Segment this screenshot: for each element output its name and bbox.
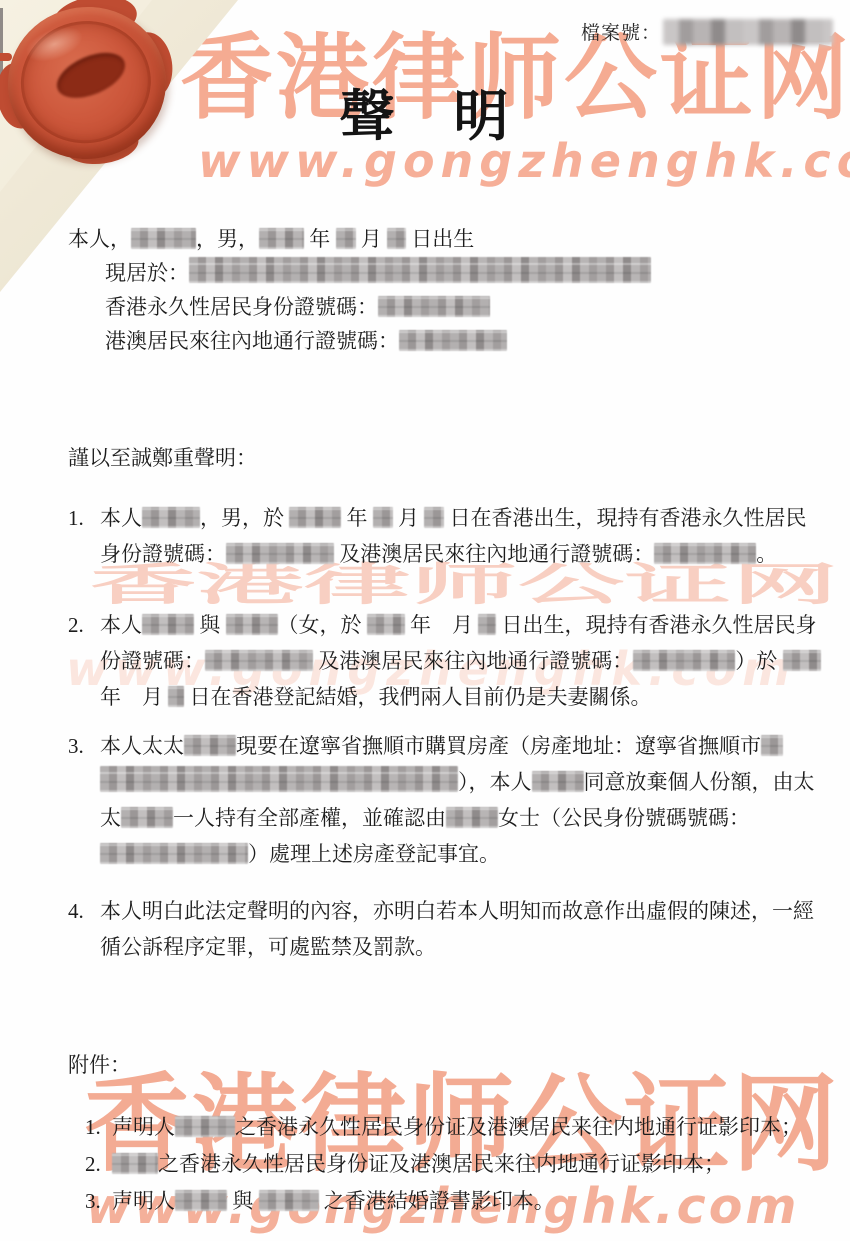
list-item: 3.声明人 與 之香港結婚證書影印本。 — [85, 1184, 826, 1218]
item-content: 本人，男，於 年 月 日在香港出生，現持有香港永久性居民身份證號碼： 及港澳居民… — [100, 500, 826, 572]
notary-declaration-page: 香港律师公证网 www.gongzhenghk.com 香港律师公证网 www.… — [0, 0, 850, 1241]
document-body: 本人，，男， 年 月 日出生現居於：香港永久性居民身份證號碼：港澳居民來往內地通… — [68, 222, 826, 1221]
text-run: 本人太太 — [100, 734, 184, 758]
redacted-text — [131, 228, 196, 249]
item-content: 本人太太現要在遼寧省撫順市購買房產（房產地址：遼寧省撫順市），本人同意放棄個人份… — [100, 728, 826, 872]
text-run: 声明人 — [112, 1115, 175, 1139]
redacted-text — [424, 507, 444, 528]
text-run: 及港澳居民來往內地通行證號碼： — [334, 542, 654, 566]
file-number-row: 檔案號： — [581, 18, 833, 45]
text-run: ，男， — [196, 227, 259, 251]
opening-line: 現居於： — [68, 256, 826, 290]
item-content: 声明人 與 之香港結婚證書影印本。 — [112, 1184, 826, 1218]
text-run: 港澳居民來往內地通行證號碼： — [105, 329, 399, 353]
list-item: 1.声明人之香港永久性居民身份证及港澳居民来往内地通行证影印本； — [85, 1110, 826, 1144]
text-run: 與 — [227, 1189, 259, 1213]
item-content: 本人明白此法定聲明的內容，亦明白若本人明知而故意作出虛假的陳述，一經循公訴程序定… — [100, 893, 826, 965]
text-run: 之香港永久性居民身份证及港澳居民来往内地通行证影印本； — [235, 1115, 802, 1139]
redacted-text — [100, 766, 458, 792]
redacted-text — [783, 650, 821, 671]
text-run: 声明人 — [112, 1189, 175, 1213]
opening-line: 香港永久性居民身份證號碼： — [68, 290, 826, 324]
item-number: 3. — [68, 728, 100, 872]
item-content: 本人 與 （女，於 年 月 日出生，現持有香港永久性居民身份證號碼： 及港澳居民… — [100, 607, 826, 715]
opening-line: 港澳居民來往內地通行證號碼： — [68, 324, 826, 358]
text-run: 年 — [304, 227, 336, 251]
item-number: 1. — [68, 500, 100, 572]
list-item: 2.之香港永久性居民身份证及港澳居民来往内地通行证影印本； — [85, 1147, 826, 1181]
redacted-text — [761, 735, 783, 756]
item-number: 2. — [85, 1147, 112, 1181]
file-number-redacted — [663, 19, 833, 45]
text-run: 本人， — [68, 227, 131, 251]
redacted-text — [226, 614, 278, 635]
list-item: 1.本人，男，於 年 月 日在香港出生，現持有香港永久性居民身份證號碼： 及港澳… — [68, 500, 826, 572]
redacted-text — [142, 507, 200, 528]
item-content: 声明人之香港永久性居民身份证及港澳居民来往内地通行证影印本； — [112, 1110, 826, 1144]
redacted-text — [142, 614, 194, 635]
redacted-text — [373, 507, 393, 528]
text-run: 月 — [393, 506, 425, 530]
text-run: 本人 — [100, 506, 142, 530]
item-number: 2. — [68, 607, 100, 715]
text-run: 日在香港登記結婚，我們兩人目前仍是夫妻關係。 — [184, 685, 651, 709]
text-run: 一人持有全部產權，並確認由 — [173, 806, 446, 830]
redacted-text — [259, 1190, 319, 1211]
list-item: 2.本人 與 （女，於 年 月 日出生，現持有香港永久性居民身份證號碼： 及港澳… — [68, 607, 826, 715]
file-number-label: 檔案號： — [581, 18, 661, 45]
attachments-list: 1.声明人之香港永久性居民身份证及港澳居民来往内地通行证影印本；2.之香港永久性… — [68, 1110, 826, 1218]
text-run: 年 月 — [405, 613, 479, 637]
text-run: 現居於： — [105, 261, 189, 285]
text-run: 之香港永久性居民身份证及港澳居民来往内地通行证影印本； — [158, 1152, 725, 1176]
text-run: 與 — [194, 613, 226, 637]
pledge-line: 謹以至誠鄭重聲明： — [68, 441, 826, 475]
attachments-label: 附件： — [68, 1048, 826, 1082]
text-run: 本人 — [100, 613, 142, 637]
opening-block: 本人，，男， 年 月 日出生現居於：香港永久性居民身份證號碼：港澳居民來往內地通… — [68, 222, 826, 358]
item-content: 之香港永久性居民身份证及港澳居民来往内地通行证影印本； — [112, 1147, 826, 1181]
text-run: ），本人 — [458, 770, 532, 794]
opening-line: 本人，，男， 年 月 日出生 — [68, 222, 826, 256]
text-run: 日出生 — [406, 227, 474, 251]
redacted-text — [121, 807, 173, 828]
redacted-text — [175, 1116, 235, 1137]
text-run: 香港永久性居民身份證號碼： — [105, 295, 378, 319]
text-run: 年 月 — [100, 685, 168, 709]
text-run: 女士（公民身份號碼號碼： — [498, 806, 750, 830]
redacted-text — [184, 735, 236, 756]
item-number: 1. — [85, 1110, 112, 1144]
redacted-text — [387, 228, 406, 249]
redacted-text — [189, 257, 651, 283]
list-item: 4.本人明白此法定聲明的內容，亦明白若本人明知而故意作出虛假的陳述，一經循公訴程… — [68, 893, 826, 965]
text-run: ，男，於 — [200, 506, 289, 530]
text-run: ）於 — [735, 649, 782, 673]
redacted-text — [112, 1153, 158, 1174]
redacted-text — [336, 228, 356, 249]
redacted-text — [289, 507, 341, 528]
redacted-text — [399, 330, 507, 351]
text-run: 月 — [356, 227, 388, 251]
redacted-text — [259, 228, 304, 249]
text-run: 及港澳居民來往內地通行證號碼： — [313, 649, 633, 673]
redacted-text — [378, 296, 490, 317]
item-number: 4. — [68, 893, 100, 965]
text-run: （女，於 — [278, 613, 367, 637]
declarations-list: 1.本人，男，於 年 月 日在香港出生，現持有香港永久性居民身份證號碼： 及港澳… — [68, 500, 826, 965]
redacted-text — [205, 650, 313, 671]
item-number: 3. — [85, 1184, 112, 1218]
list-item: 3.本人太太現要在遼寧省撫順市購買房產（房產地址：遼寧省撫順市），本人同意放棄個… — [68, 728, 826, 872]
redacted-text — [654, 543, 756, 564]
text-run: 。 — [756, 542, 777, 566]
redacted-text — [168, 686, 184, 707]
text-run: ）處理上述房產登記事宜。 — [248, 842, 500, 866]
redacted-text — [532, 771, 584, 792]
text-run: 年 — [341, 506, 373, 530]
redacted-text — [446, 807, 498, 828]
redacted-text — [478, 614, 496, 635]
redacted-text — [226, 543, 334, 564]
text-run: 本人明白此法定聲明的內容，亦明白若本人明知而故意作出虛假的陳述，一經循公訴程序定… — [100, 899, 814, 959]
redacted-text — [175, 1190, 227, 1211]
redacted-text — [100, 843, 248, 864]
redacted-text — [367, 614, 405, 635]
text-run: 之香港結婚證書影印本。 — [319, 1189, 555, 1213]
redacted-text — [633, 650, 735, 671]
text-run: 現要在遼寧省撫順市購買房產（房產地址：遼寧省撫順市 — [236, 734, 761, 758]
page-title: 聲 明 — [0, 72, 850, 151]
